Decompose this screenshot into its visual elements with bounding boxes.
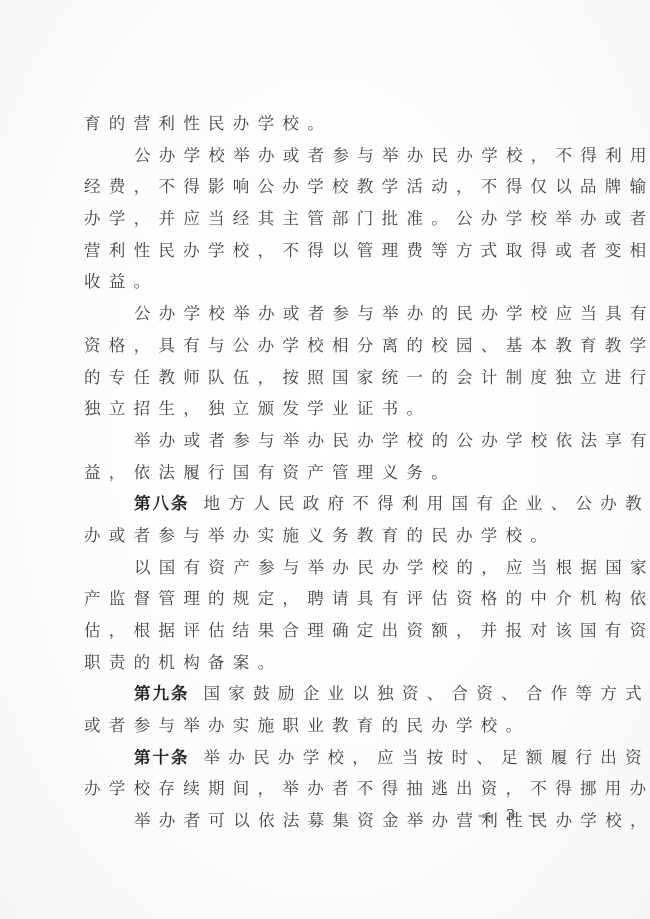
text-line: 产监督管理的规定，聘请具有评估资格的中介机构依法进行评 (84, 583, 566, 615)
text-line: 或者参与举办实施职业教育的民办学校。 (84, 710, 566, 742)
article-text: 举办民办学校，应当按时、足额履行出资义务。民 (204, 748, 650, 767)
text-line: 益，依法履行国有资产管理义务。 (84, 457, 566, 489)
text-line: 营利性民办学校，不得以管理费等方式取得或者变相取得办学 (84, 235, 566, 267)
text-line: 独立招生，独立颁发学业证书。 (84, 393, 566, 425)
text-line: 职责的机构备案。 (84, 647, 566, 679)
text-line: 公办学校举办或者参与举办的民办学校应当具有独立的法人 (84, 298, 566, 330)
text-line: 经费，不得影响公办学校教学活动，不得仅以品牌输出方式参与 (84, 171, 566, 203)
article-text: 国家鼓励企业以独资、合资、合作等方式依法举办 (204, 684, 650, 703)
text-line: 收益。 (84, 266, 566, 298)
document-page: 育的营利性民办学校。 公办学校举办或者参与举办民办学校，不得利用国家财政性 经费… (0, 0, 650, 919)
text-line: 育的营利性民办学校。 (84, 108, 566, 140)
text-line: 办学校存续期间，举办者不得抽逃出资，不得挪用办学经费。 (84, 773, 566, 805)
text-line: 公办学校举办或者参与举办民办学校，不得利用国家财政性 (84, 140, 566, 172)
article-text: 地方人民政府不得利用国有企业、公办教育资源举 (204, 494, 650, 513)
article-10-line: 第十条举办民办学校，应当按时、足额履行出资义务。民 (84, 742, 566, 774)
document-body: 育的营利性民办学校。 公办学校举办或者参与举办民办学校，不得利用国家财政性 经费… (84, 108, 566, 837)
text-line: 资格，具有与公办学校相分离的校园、基本教育教学设施和独立 (84, 330, 566, 362)
text-line: 办或者参与举办实施义务教育的民办学校。 (84, 520, 566, 552)
text-line: 办学，并应当经其主管部门批准。公办学校举办或者参与举办非 (84, 203, 566, 235)
text-line: 估，根据评估结果合理确定出资额，并报对该国有资产负有监管 (84, 615, 566, 647)
text-line: 以国有资产参与举办民办学校的，应当根据国家有关国有资 (84, 552, 566, 584)
article-number: 第九条 (134, 684, 190, 703)
article-8-line: 第八条地方人民政府不得利用国有企业、公办教育资源举 (84, 488, 566, 520)
page-number: — 3 — (478, 806, 547, 824)
text-line: 举办或者参与举办民办学校的公办学校依法享有举办者权 (84, 425, 566, 457)
article-9-line: 第九条国家鼓励企业以独资、合资、合作等方式依法举办 (84, 678, 566, 710)
article-number: 第十条 (134, 748, 190, 767)
article-number: 第八条 (134, 494, 190, 513)
text-line: 的专任教师队伍，按照国家统一的会计制度独立进行会计核算， (84, 362, 566, 394)
